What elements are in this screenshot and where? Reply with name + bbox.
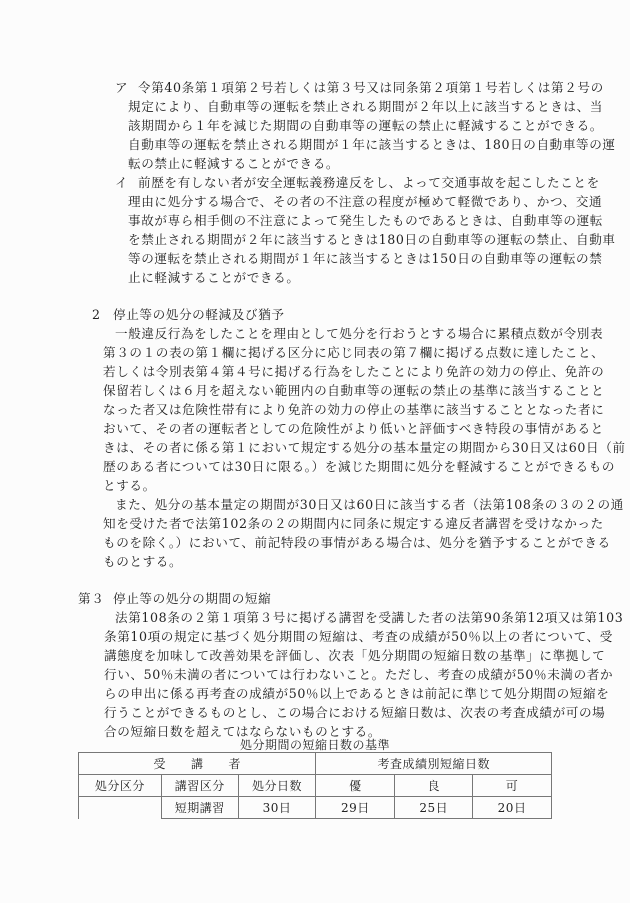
section-2-para1-line: おいて、その者の運転者としての危険性がより低いと評価すべき特段の事情があると bbox=[103, 419, 604, 438]
section-2-para1-line: 第３の１の表の第１欄に掲げる区分に応じ同表の第７欄に掲げる点数に達したこと、 bbox=[103, 343, 604, 362]
section-2-title: 停止等の処分の軽減及び猶予 bbox=[113, 305, 285, 324]
item-i-line: 事故が専ら相手側の不注意によって発生したものであるときは、自動車等の運転 bbox=[128, 211, 603, 230]
item-i-line: を禁止される期間が２年に該当するときは180日の自動車等の運転の禁止、自動車 bbox=[128, 230, 616, 249]
table-cell bbox=[79, 797, 162, 819]
group-header-reduction-days: 考査成績別短縮日数 bbox=[316, 753, 552, 775]
table-cell: 30日 bbox=[238, 797, 316, 819]
item-a-line: 該期間から１年を減じた期間の自動車等の運転の禁止に軽減することができる。 bbox=[128, 116, 603, 135]
table-cell: 短期講習 bbox=[161, 797, 238, 819]
section-3-para-line: 行うことができるものとし、この場合における短縮日数は、次表の考査成績が可の場 bbox=[104, 703, 605, 722]
section-3-para-line: 行い、50％未満の者については行わないこと。ただし、考査の成績が50％未満の者か bbox=[104, 665, 613, 684]
column-header: 講習区分 bbox=[161, 775, 238, 797]
table-cell: 20日 bbox=[473, 797, 552, 819]
column-header: 良 bbox=[395, 775, 473, 797]
table-group-header-row: 受 講 者 考査成績別短縮日数 bbox=[79, 753, 552, 775]
section-3-para-line: らの申出に係る再考査の成績が50％以上であるときは前記に準じて処分期間の短縮を bbox=[104, 684, 609, 703]
section-3-para-line: 法第108条の２第１項第３号に掲げる講習を受講した者の法第90条第12項又は第1… bbox=[115, 608, 623, 627]
reduction-criteria-table: 受 講 者 考査成績別短縮日数 処分区分 講習区分 処分日数 優 良 可 短期講… bbox=[78, 752, 552, 819]
section-3-para-line: 条第10項の規定に基づく処分期間の短縮は、考査の成績が50％以上の者について、受 bbox=[104, 627, 613, 646]
column-header: 優 bbox=[316, 775, 395, 797]
item-i-line: 止に軽減することができる。 bbox=[128, 268, 300, 287]
column-header: 処分区分 bbox=[79, 775, 162, 797]
section-2-para2-line: 知を受けた者で法第102条の２の期間内に同条に規定する違反者講習を受けなかった bbox=[103, 514, 604, 533]
column-header: 可 bbox=[473, 775, 552, 797]
item-i-line: 等の運転を禁止される期間が１年に該当するときは150日の自動車等の運転の禁 bbox=[128, 249, 602, 268]
table-row: 短期講習 30日 29日 25日 20日 bbox=[79, 797, 552, 819]
group-header-attendee: 受 講 者 bbox=[79, 753, 316, 775]
section-2-number: 2 bbox=[92, 305, 101, 324]
table-cell: 29日 bbox=[316, 797, 395, 819]
item-i-marker: イ bbox=[115, 173, 128, 192]
section-2-para2-line: また、処分の基本量定の期間が30日又は60日に該当する者（法第108条の３の２の… bbox=[115, 495, 624, 514]
section-3-title: 停止等の処分の期間の短縮 bbox=[113, 589, 271, 608]
section-2-para1-line: 若しくは令別表第４第４号に掲げる行為をしたことにより免許の効力の停止、免許の bbox=[103, 362, 604, 381]
table-cell: 25日 bbox=[395, 797, 473, 819]
item-a-line: 規定により、自動車等の運転を禁止される期間が２年以上に該当するときは、当 bbox=[128, 97, 603, 116]
section-2-para2-line: ものとする。 bbox=[103, 552, 182, 571]
section-2-para2-line: ものを除く。）において、前記特段の事情がある場合は、処分を猶予することができる bbox=[103, 533, 611, 552]
section-2-para1-line: 一般違反行為をしたことを理由として処分を行おうとする場合に累積点数が令別表 bbox=[115, 324, 603, 343]
item-a-line: 令第40条第１項第２号若しくは第３号又は同条第２項第１号若しくは第２号の bbox=[138, 78, 604, 97]
item-i-line: 前歴を有しない者が安全運転義務違反をし、よって交通事故を起こしたことを bbox=[138, 173, 600, 192]
section-2-para1-line: きは、その者に係る第１において規定する処分の基本量定の期間から30日又は60日（… bbox=[103, 438, 626, 457]
section-2-para1-line: なった者又は危険性帯有により免許の効力の停止の基準に該当することとなった者に bbox=[103, 400, 604, 419]
section-2-para1-line: 歴のある者については30日に限る。）を減じた期間に処分を軽減することができるもの bbox=[103, 457, 615, 476]
item-i-line: 理由に処分する場合で、その者の不注意の程度が極めて軽微であり、かつ、交通 bbox=[128, 192, 602, 211]
section-3-para-line: 講態度を加味して改善効果を評価し、次表「処分期間の短縮日数の基準」に準拠して bbox=[104, 646, 605, 665]
table-caption: 処分期間の短縮日数の基準 bbox=[0, 736, 630, 753]
section-3-number: 第３ bbox=[78, 589, 104, 608]
column-header: 処分日数 bbox=[238, 775, 316, 797]
section-2-para1-line: とする。 bbox=[103, 476, 156, 495]
table-header-row: 処分区分 講習区分 処分日数 優 良 可 bbox=[79, 775, 552, 797]
item-a-line: 自動車等の運転を禁止される期間が１年に該当するときは、180日の自動車等の運 bbox=[128, 135, 616, 154]
item-a-marker: ア bbox=[115, 78, 128, 97]
section-2-para1-line: 保留若しくは６月を超えない範囲内の自動車等の運転の禁止の基準に該当することと bbox=[103, 381, 604, 400]
item-a-line: 転の禁止に軽減することができる。 bbox=[128, 154, 339, 173]
